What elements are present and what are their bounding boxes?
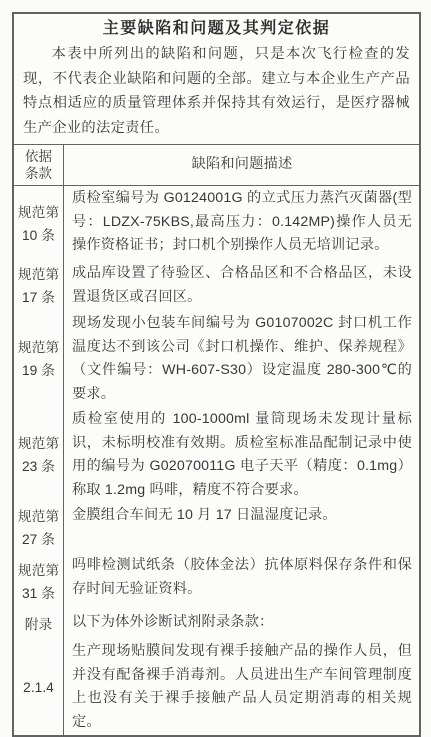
description-cell: 现场发现小包装车间编号为 G0107002C 封口机工作温度达不到该公司《封口机…: [64, 311, 419, 407]
clause-cell: 规范第 19 条: [14, 311, 64, 407]
clause-cell: 规范第 23 条: [14, 407, 64, 503]
table-row: 规范第 10 条 质检室编号为 G0124001G 的立式压力蒸汽灭菌器(型号：…: [14, 186, 419, 261]
clause-line2: 27 条: [22, 528, 55, 551]
clause-line2: 23 条: [22, 455, 55, 478]
intro-paragraph: 本表中所列出的缺陷和问题，只是本次飞行检查的发现，不代表企业缺陷和问题的全部。建…: [14, 42, 419, 145]
description-cell: 成品库设置了待验区、合格品区和不合格品区，未设置退货区或召回区。: [64, 261, 419, 311]
table-row: 规范第 23 条 质检室使用的 100-1000ml 量筒现场未发现计量标识，未…: [14, 407, 419, 503]
table-row: 附录 以下为体外诊断试剂附录条款：: [14, 610, 419, 639]
description-cell: 质检室使用的 100-1000ml 量筒现场未发现计量标识，未标明校准有效期。质…: [64, 407, 419, 503]
page-title: 主要缺陷和问题及其判定依据: [14, 14, 419, 42]
clause-cell: 2.1.4: [14, 639, 64, 644]
clause-line2: 19 条: [22, 359, 55, 382]
clause-cell: 规范第 31 条: [14, 553, 64, 610]
description-cell: 金膜组合车间无 10 月 17 日温湿度记录。: [64, 503, 419, 553]
clause-line1: 规范第: [18, 263, 59, 286]
description-cell: 质检室编号为 G0124001G 的立式压力蒸汽灭菌器(型号：LDZX-75KB…: [64, 186, 419, 261]
header-desc-cell: 缺陷和问题描述: [64, 145, 419, 185]
table-row: 规范第 27 条 金膜组合车间无 10 月 17 日温湿度记录。: [14, 503, 419, 553]
clause-line2: 31 条: [22, 582, 55, 605]
table-header-row: 依据 条款 缺陷和问题描述: [14, 145, 419, 186]
clause-line1: 规范第: [18, 505, 59, 528]
header-clause-line1: 依据: [25, 148, 52, 165]
header-clause-line2: 条款: [25, 165, 52, 182]
clause-cell: 规范第 10 条: [14, 186, 64, 261]
clause-line1: 规范第: [18, 559, 59, 582]
clause-line1: 规范第: [18, 201, 59, 224]
description-cell: 吗啡检测试纸条（胶体金法）抗体原料保存条件和保存时间无验证资料。: [64, 553, 419, 610]
table-row: 规范第 17 条 成品库设置了待验区、合格品区和不合格品区，未设置退货区或召回区…: [14, 261, 419, 311]
clause-cell: 规范第 27 条: [14, 503, 64, 553]
clause-line2: 10 条: [22, 224, 55, 247]
clause-line1: 规范第: [18, 432, 59, 455]
defect-table: 主要缺陷和问题及其判定依据 本表中所列出的缺陷和问题，只是本次飞行检查的发现，不…: [12, 12, 421, 644]
clause-line1: 规范第: [18, 336, 59, 359]
header-clause-cell: 依据 条款: [14, 145, 64, 185]
table-row: 规范第 19 条 现场发现小包装车间编号为 G0107002C 封口机工作温度达…: [14, 311, 419, 407]
clause-cell: 附录: [14, 610, 64, 639]
table-row: 规范第 31 条 吗啡检测试纸条（胶体金法）抗体原料保存条件和保存时间无验证资料…: [14, 553, 419, 610]
table-row: 2.1.4 生产现场贴膜间发现有裸手接触产品的操作人员，但并没有配备裸手消毒剂。…: [14, 639, 419, 644]
clause-line2: 17 条: [22, 286, 55, 309]
clause-cell: 规范第 17 条: [14, 261, 64, 311]
description-cell: 生产现场贴膜间发现有裸手接触产品的操作人员，但并没有配备裸手消毒剂。人员进出生产…: [64, 639, 419, 644]
header-desc-label: 缺陷和问题描述: [192, 153, 293, 177]
clause-line1: 附录: [25, 613, 53, 636]
description-cell: 以下为体外诊断试剂附录条款：: [64, 610, 419, 639]
